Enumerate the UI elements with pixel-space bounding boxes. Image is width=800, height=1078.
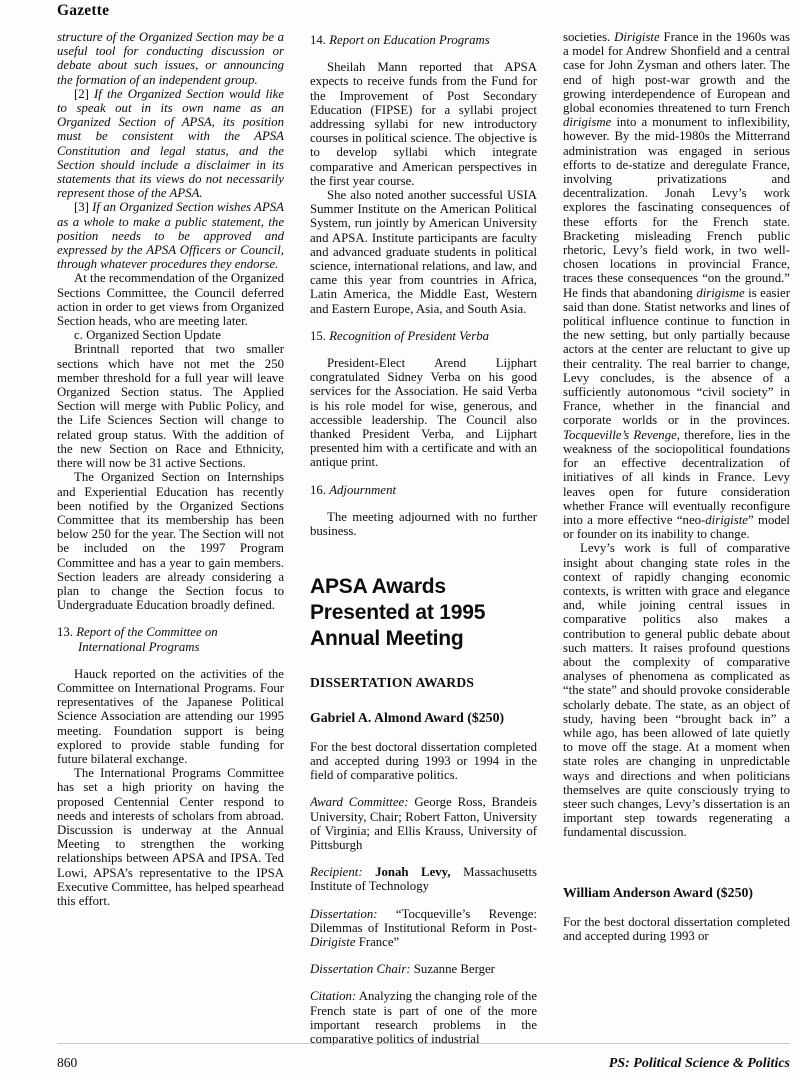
text-segment: At the recommendation of the Organized S… — [57, 271, 284, 328]
text-segment: The meeting adjourned with no further bu… — [310, 510, 537, 538]
section-heading: 14. Report on Education Programs — [310, 33, 537, 47]
text-segment: If an Organized Section wishes APSA as a… — [57, 200, 284, 271]
page-number: 860 — [57, 1055, 77, 1071]
text-segment: 13. — [57, 625, 76, 639]
text-segment: Gabriel A. Almond Award ($250) — [310, 710, 504, 725]
section-heading: 15. Recognition of President Verba — [310, 329, 537, 343]
text-column-3: societies. Dirigiste France in the 1960s… — [563, 30, 790, 1045]
text-segment: For the best doctoral dissertation compl… — [310, 740, 537, 782]
page-footer: 860 PS: Political Science & Politics — [57, 1043, 790, 1072]
text-segment: APSA Awards — [310, 575, 446, 598]
text-segment: c. Organized Section Update — [74, 328, 221, 342]
award-heading: Gabriel A. Almond Award ($250) — [310, 711, 537, 725]
paragraph: At the recommendation of the Organized S… — [57, 271, 284, 328]
paragraph: structure of the Organized Section may b… — [57, 30, 284, 87]
text-segment: Jonah Levy, — [375, 865, 450, 879]
text-segment: The Organized Section on Internships and… — [57, 470, 284, 612]
text-segment: [3] — [74, 200, 92, 214]
text-segment: Annual Meeting — [310, 627, 464, 650]
text-segment: DISSERTATION AWARDS — [310, 675, 474, 690]
text-segment: President-Elect Arend Lijphart congratul… — [310, 356, 537, 469]
text-segment: 14. — [310, 33, 329, 47]
paragraph: She also noted another successful USIA S… — [310, 188, 537, 316]
text-segment: Recognition of President Verba — [329, 329, 489, 343]
text-segment: Tocqueville’s Revenge — [563, 428, 677, 442]
paragraph: [3] If an Organized Section wishes APSA … — [57, 200, 284, 271]
text-segment: Sheilah Mann reported that APSA expects … — [310, 60, 537, 188]
text-segment: societies. — [563, 30, 614, 44]
text-segment: into a monument to inflexibility, howeve… — [563, 115, 790, 299]
section-heading: 13. Report of the Committee on Internati… — [57, 625, 284, 653]
text-segment: Suzanne Berger — [411, 962, 495, 976]
journal-title: PS: Political Science & Politics — [609, 1056, 790, 1072]
text-column-1: structure of the Organized Section may b… — [57, 30, 284, 1045]
text-segment: 15. — [310, 329, 329, 343]
text-segment: Citation: — [310, 989, 356, 1003]
text-segment: Hauck reported on the activities of the … — [57, 667, 284, 766]
paragraph: Hauck reported on the activities of the … — [57, 667, 284, 766]
award-field: For the best doctoral dissertation compl… — [310, 740, 537, 783]
paragraph: c. Organized Section Update — [57, 328, 284, 342]
text-column-2: 14. Report on Education ProgramsSheilah … — [310, 30, 537, 1045]
journal-page: Gazette structure of the Organized Secti… — [0, 0, 800, 1078]
text-segment: For the best doctoral dissertation compl… — [563, 915, 790, 943]
award-field: Citation: Analyzing the changing role of… — [310, 989, 537, 1045]
award-field: Award Committee: George Ross, Brandeis U… — [310, 795, 537, 852]
text-segment — [363, 865, 376, 879]
text-segment: Dissertation Chair: — [310, 962, 411, 976]
text-segment: Report on Education Programs — [329, 33, 490, 47]
text-segment: Award Committee: — [310, 795, 408, 809]
text-segment: is easier said than done. Statist networ… — [563, 286, 790, 428]
paragraph: The Organized Section on Internships and… — [57, 470, 284, 612]
text-segment: William Anderson Award ($250) — [563, 885, 753, 900]
paragraph: Sheilah Mann reported that APSA expects … — [310, 60, 537, 188]
text-segment: dirigiste — [705, 513, 748, 527]
text-segment: structure of the Organized Section may b… — [57, 30, 284, 87]
text-segment: dirigisme — [563, 115, 611, 129]
text-segment: Adjournment — [329, 483, 396, 497]
text-segment: Dirigiste — [310, 935, 356, 949]
text-segment: 16. — [310, 483, 329, 497]
text-segment: dirigisme — [696, 286, 744, 300]
text-segment: Recipient: — [310, 865, 363, 879]
paragraph: [2] If the Organized Section would like … — [57, 87, 284, 201]
paragraph: societies. Dirigiste France in the 1960s… — [563, 30, 790, 541]
text-segment: She also noted another successful USIA S… — [310, 188, 537, 316]
text-segment: Presented at 1995 — [310, 601, 485, 624]
award-field: Dissertation: “Tocqueville’s Revenge: Di… — [310, 907, 537, 950]
text-segment: [2] — [74, 87, 94, 101]
text-segment: Brintnall reported that two smaller sect… — [57, 342, 284, 470]
section-heading: 16. Adjournment — [310, 483, 537, 497]
section-subheading: DISSERTATION AWARDS — [310, 676, 537, 690]
article-title: APSA AwardsPresented at 1995Annual Meeti… — [310, 574, 537, 652]
text-segment: The International Programs Committee has… — [57, 766, 284, 908]
text-segment: Dirigiste — [614, 30, 660, 44]
paragraph: Brintnall reported that two smaller sect… — [57, 342, 284, 470]
paragraph: The International Programs Committee has… — [57, 766, 284, 908]
text-segment: Report of the Committee on International… — [76, 625, 217, 653]
award-heading: William Anderson Award ($250) — [563, 886, 790, 900]
paragraph: Levy’s work is full of comparative insig… — [563, 541, 790, 839]
text-segment: Dissertation: — [310, 907, 378, 921]
text-segment: If the Organized Section would like to s… — [57, 87, 284, 200]
paragraph: President-Elect Arend Lijphart congratul… — [310, 356, 537, 470]
paragraph: The meeting adjourned with no further bu… — [310, 510, 537, 538]
spacer — [563, 840, 790, 886]
text-segment: France” — [356, 935, 400, 949]
award-field: Recipient: Jonah Levy, Massachusetts Ins… — [310, 865, 537, 893]
award-field: For the best doctoral dissertation compl… — [563, 915, 790, 943]
running-head: Gazette — [57, 2, 109, 20]
text-segment: Levy’s work is full of comparative insig… — [563, 541, 790, 839]
text-columns: structure of the Organized Section may b… — [57, 30, 790, 1045]
award-field: Dissertation Chair: Suzanne Berger — [310, 962, 537, 976]
